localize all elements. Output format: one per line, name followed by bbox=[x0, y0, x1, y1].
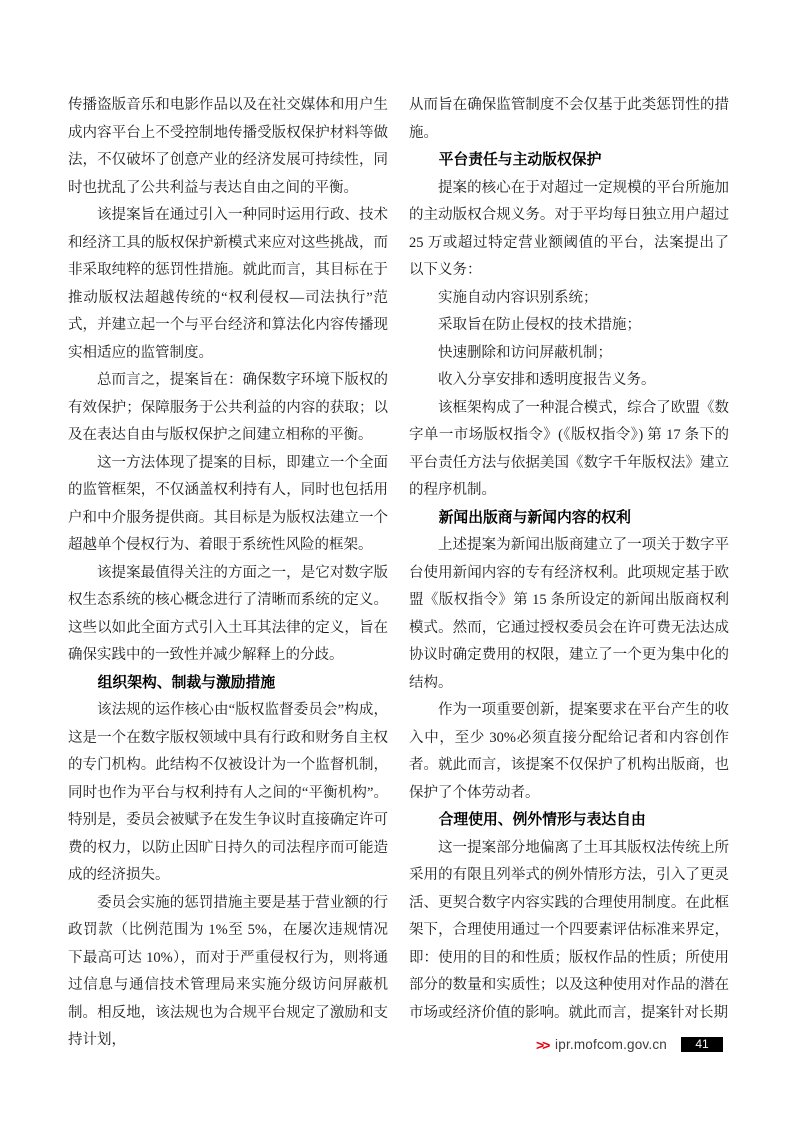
footer-site-url: ipr.mofcom.gov.cn bbox=[555, 1038, 667, 1052]
paragraph: 该法规的运作核心由“版权监督委员会”构成，这是一个在数字版权领域中具有行政和财务… bbox=[68, 697, 388, 890]
paragraph: 这一方法体现了提案的目标，即建立一个全面的监管框架，不仅涵盖权利持有人，同时也包… bbox=[68, 450, 388, 560]
section-heading: 新闻出版商与新闻内容的权利 bbox=[409, 505, 729, 533]
paragraph: 提案的核心在于对超过一定规模的平台所施加的主动版权合规义务。对于平均每日独立用户… bbox=[409, 175, 729, 285]
list-item: 实施自动内容识别系统； bbox=[409, 285, 729, 313]
section-heading: 组织架构、制裁与激励措施 bbox=[68, 670, 388, 698]
paragraph: 从而旨在确保监管制度不会仅基于此类惩罚性的措施。 bbox=[409, 92, 729, 147]
paragraph: 该提案最值得关注的方面之一，是它对数字版权生态系统的核心概念进行了清晰而系统的定… bbox=[68, 560, 388, 670]
right-column: 从而旨在确保监管制度不会仅基于此类惩罚性的措施。 平台责任与主动版权保护 提案的… bbox=[409, 92, 729, 1055]
page-footer: >> ipr.mofcom.gov.cn 41 bbox=[536, 1037, 723, 1052]
paragraph: 作为一项重要创新，提案要求在平台产生的收入中，至少 30%必须直接分配给记者和内… bbox=[409, 697, 729, 807]
two-column-text-area: 传播盗版音乐和电影作品以及在社交媒体和用户生成内容平台上不受控制地传播受版权保护… bbox=[68, 92, 730, 1055]
paragraph: 传播盗版音乐和电影作品以及在社交媒体和用户生成内容平台上不受控制地传播受版权保护… bbox=[68, 92, 388, 202]
list-item: 快速删除和访问屏蔽机制； bbox=[409, 340, 729, 368]
paragraph: 委员会实施的惩罚措施主要是基于营业额的行政罚款（比例范围为 1%至 5%，在屡次… bbox=[68, 890, 388, 1055]
list-item: 收入分享安排和透明度报告义务。 bbox=[409, 367, 729, 395]
paragraph: 上述提案为新闻出版商建立了一项关于数字平台使用新闻内容的专有经济权利。此项规定基… bbox=[409, 532, 729, 697]
section-heading: 合理使用、例外情形与表达自由 bbox=[409, 807, 729, 835]
left-column: 传播盗版音乐和电影作品以及在社交媒体和用户生成内容平台上不受控制地传播受版权保护… bbox=[68, 92, 388, 1055]
paragraph: 该提案旨在通过引入一种同时运用行政、技术和经济工具的版权保护新模式来应对这些挑战… bbox=[68, 202, 388, 367]
list-item: 采取旨在防止侵权的技术措施； bbox=[409, 312, 729, 340]
paragraph: 该框架构成了一种混合模式，综合了欧盟《数字单一市场版权指令》(《版权指令》) 第… bbox=[409, 395, 729, 505]
double-right-chevron-icon: >> bbox=[536, 1038, 548, 1052]
paragraph: 总而言之，提案旨在：确保数字环境下版权的有效保护；保障服务于公共利益的内容的获取… bbox=[68, 367, 388, 450]
section-heading: 平台责任与主动版权保护 bbox=[409, 147, 729, 175]
page-number-badge: 41 bbox=[681, 1037, 723, 1052]
paragraph: 这一提案部分地偏离了土耳其版权法传统上所采用的有限且列举式的例外情形方法，引入了… bbox=[409, 835, 729, 1028]
document-page: 传播盗版音乐和电影作品以及在社交媒体和用户生成内容平台上不受控制地传播受版权保护… bbox=[0, 0, 794, 1122]
